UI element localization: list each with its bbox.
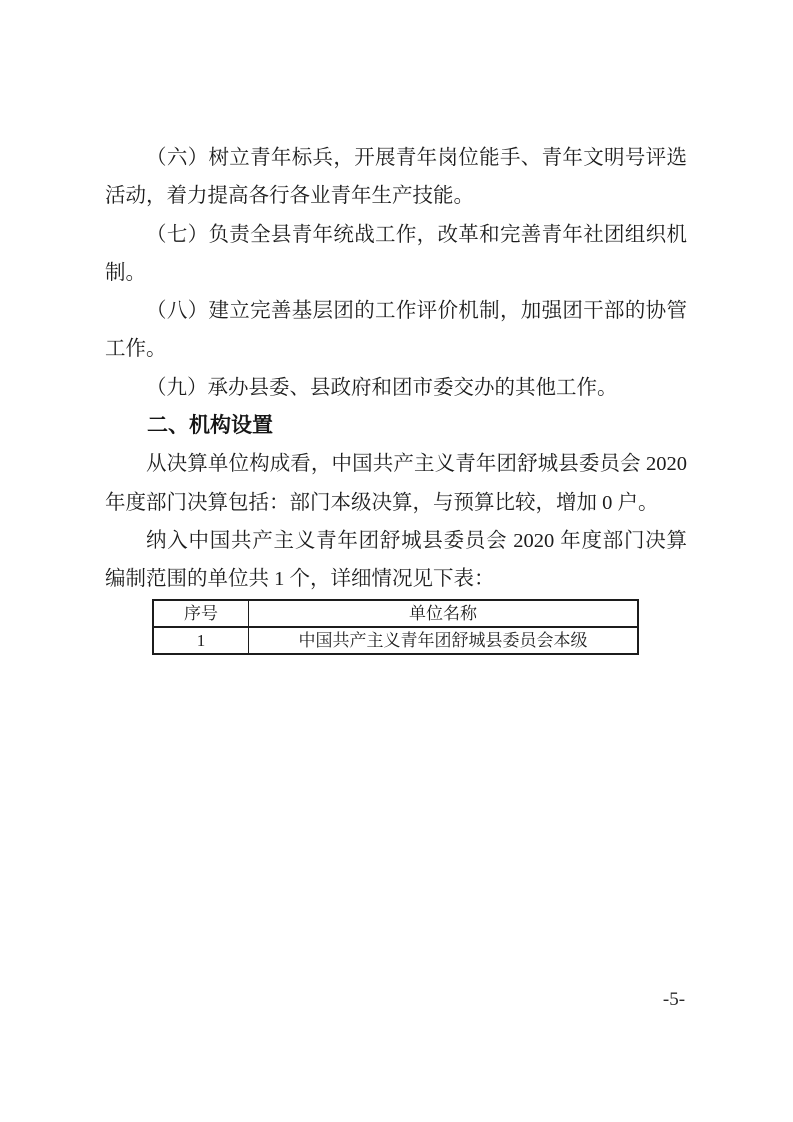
paragraph-unit-composition: 从决算单位构成看，中国共产主义青年团舒城县委员会 2020 年度部门决算包括：部…	[105, 445, 687, 522]
paragraph-duty-6: （六）树立青年标兵，开展青年岗位能手、青年文明号评选活动，着力提高各行各业青年生…	[105, 139, 687, 216]
units-table: 序号 单位名称 1 中国共产主义青年团舒城县委员会本级	[152, 599, 639, 655]
units-table-cell-unit-name: 中国共产主义青年团舒城县委员会本级	[249, 627, 639, 654]
units-table-row: 1 中国共产主义青年团舒城县委员会本级	[153, 627, 638, 654]
units-table-header-unit-name: 单位名称	[249, 600, 639, 627]
document-page: （六）树立青年标兵，开展青年岗位能手、青年文明号评选活动，着力提高各行各业青年生…	[0, 0, 793, 1122]
page-number: -5-	[652, 989, 696, 1011]
units-table-header-seq: 序号	[153, 600, 249, 627]
paragraph-duty-9: （九）承办县委、县政府和团市委交办的其他工作。	[105, 369, 687, 407]
section-heading-organization: 二、机构设置	[105, 407, 687, 445]
document-body: （六）树立青年标兵，开展青年岗位能手、青年文明号评选活动，着力提高各行各业青年生…	[105, 139, 687, 655]
units-table-cell-seq: 1	[153, 627, 249, 654]
units-table-header-row: 序号 单位名称	[153, 600, 638, 627]
paragraph-duty-8: （八）建立完善基层团的工作评价机制，加强团干部的协管工作。	[105, 292, 687, 369]
paragraph-unit-scope: 纳入中国共产主义青年团舒城县委员会 2020 年度部门决算编制范围的单位共 1 …	[105, 522, 687, 599]
paragraph-duty-7: （七）负责全县青年统战工作，改革和完善青年社团组织机制。	[105, 216, 687, 293]
